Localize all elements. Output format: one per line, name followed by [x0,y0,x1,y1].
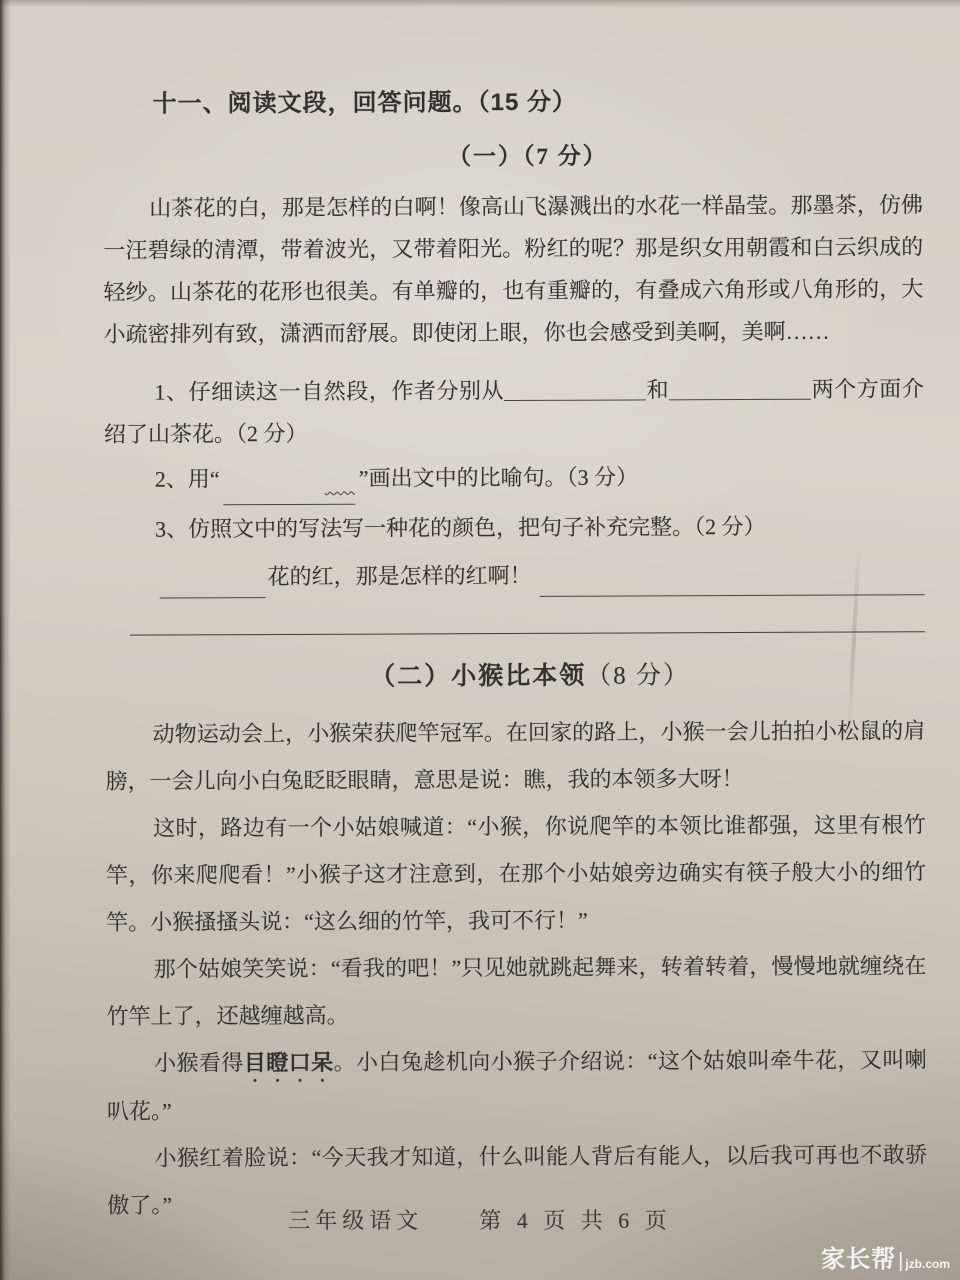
question-2-text-start: 2、用“ [155,466,220,491]
question-1: 1、仔细读这一自然段，作者分别从和两个方面介绍了山茶花。（2 分） [104,368,924,456]
watermark-separator: | [898,1250,903,1272]
footer-page-number: 第 4 页 共 6 页 [479,1204,672,1235]
question-3: 3、仿照文中的写法写一种花的颜色，把句子补充完整。（2 分） [104,505,924,551]
question-3-answer-line: 花的红，那是怎样的红啊！ [105,553,925,599]
question-1-text-start: 1、仔细读这一自然段，作者分别从 [154,378,504,405]
story-paragraph-2: 这时，路边有一个小姑娘喊道：“小猴，你说爬竿的本领比谁都强，这里有根竹竿，你来爬… [106,801,927,946]
answer-blank-1 [504,379,646,401]
answer-blank-4 [540,562,925,597]
watermark-site: jzb.com [905,1257,950,1272]
question-2-text-end: ”画出文中的比喻句。（3 分） [359,464,638,490]
question-3-answer-text: 花的红，那是怎样的红啊！ [266,555,540,598]
question-1-text-mid: 和 [646,377,669,402]
jzb-watermark: 家长帮 | jzb.com [821,1248,950,1272]
part1-title: （一）（7 分） [103,138,923,176]
watermark-brand: 家长帮 [821,1248,896,1272]
part2-title-text: （二）小猴比本领 [370,662,586,691]
part2-story: 动物运动会上，小猴荣获爬竿冠军。在回家的路上，小猴一会儿拍拍小松鼠的肩膀，一会儿… [105,707,927,1229]
answer-continuation-line [130,631,925,635]
footer-course-label: 三年级语文 [288,1204,423,1235]
part2-title-score: （8 分） [586,662,690,689]
answer-blank-3 [160,565,266,598]
exam-paper-photo: { "exam": { "section_heading": "十一、阅读文段，… [0,0,960,1280]
answer-blank-2 [669,379,811,401]
section-heading: 十一、阅读文段，回答问题。（15 分） [153,84,923,121]
photo-left-edge-shadow [0,0,11,1280]
part2-title: （二）小猴比本领（8 分） [105,656,925,697]
photo-top-edge-shadow [0,0,960,7]
exam-page: 十一、阅读文段，回答问题。（15 分） （一）（7 分） 山茶花的白，那是怎样的… [103,84,928,1229]
story-paragraph-1: 动物运动会上，小猴荣获爬竿冠军。在回家的路上，小猴一会儿拍拍小松鼠的肩膀，一会儿… [105,707,925,805]
question-2: 2、用“ ”画出文中的比喻句。（3 分） [104,455,924,506]
story-paragraph-3: 那个姑娘笑笑说：“看我的吧！”只见她就跳起舞来，转着转着，慢慢地就缠绕在竹竿上了… [106,942,926,1040]
page-footer: 三年级语文 第 4 页 共 6 页 [0,1204,960,1235]
part1-passage: 山茶花的白，那是怎样的白啊！像高山飞瀑溅出的水花一样晶莹。那墨茶，仿佛一汪碧绿的… [103,184,924,356]
story-paragraph-4-start: 小猴看得 [154,1050,244,1075]
wavy-line-blank [223,459,354,506]
emphasized-idiom: 目瞪口呆 [244,1050,334,1075]
story-paragraph-4: 小猴看得目瞪口呆。小白兔趁机向小猴子介绍说：“这个姑娘叫牵牛花，又叫喇叭花。” [107,1036,927,1135]
